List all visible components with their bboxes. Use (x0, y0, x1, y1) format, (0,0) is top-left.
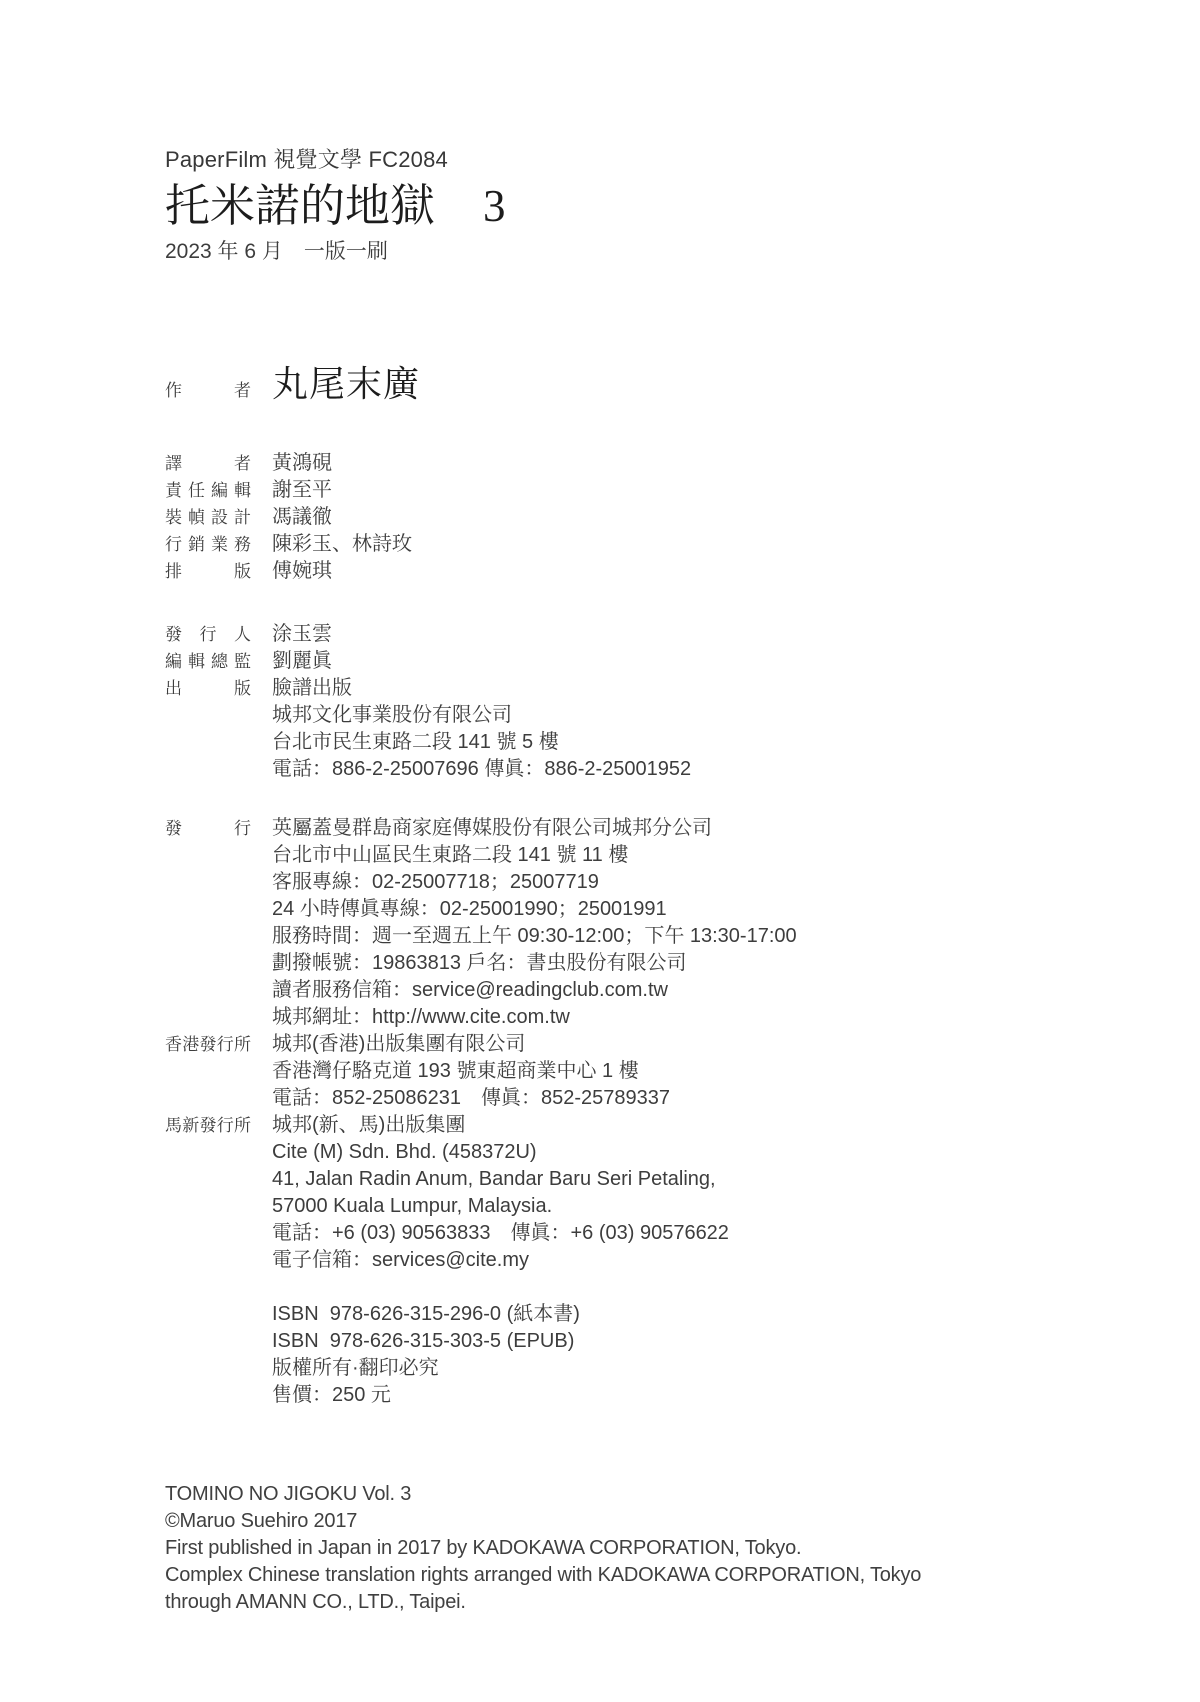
my-branch-phone-line: 電話：+6 (03) 90563833 傳眞：+6 (03) 90576622 (272, 1220, 1140, 1247)
credit-label: 譯者 (165, 450, 251, 477)
publisher-label: 編輯總監 (165, 648, 251, 675)
distributor-label: 發行 (165, 815, 251, 842)
my-branch-row: 馬新發行所 城邦(新、馬)出版集團 (165, 1112, 1140, 1139)
book-title-row: 托米諾的地獄3 (165, 180, 1140, 232)
credit-value: 謝至平 (272, 477, 332, 504)
credit-label: 裝幀設計 (165, 504, 251, 531)
publisher-block: 發行人 涂玉雲 編輯總監 劉麗眞 出版 臉譜出版 城邦文化事業股份有限公司 台北… (165, 621, 1140, 783)
credit-value: 馮議徹 (272, 504, 332, 531)
credit-value: 傅婉琪 (272, 558, 332, 585)
credits-block: 譯者 黃鴻硯 責任編輯 謝至平 裝幀設計 馮議徹 行銷業務 陳彩玉、林詩玫 排版… (165, 450, 1140, 585)
my-branch-block: 馬新發行所 城邦(新、馬)出版集團 Cite (M) Sdn. Bhd. (45… (165, 1112, 1140, 1274)
publisher-address-line: 台北市民生東路二段 141 號 5 樓 (272, 729, 1140, 756)
distributor-postal-line: 劃撥帳號：19863813 戶名：書虫股份有限公司 (272, 950, 1140, 977)
credit-label: 行銷業務 (165, 531, 251, 558)
credit-label: 責任編輯 (165, 477, 251, 504)
hk-branch-block: 香港發行所 城邦(香港)出版集團有限公司 香港灣仔駱克道 193 號東超商業中心… (165, 1031, 1140, 1112)
copyright-footer: TOMINO NO JIGOKU Vol. 3 ©Maruo Suehiro 2… (165, 1481, 1140, 1616)
distributor-address-line: 台北市中山區民生東路二段 141 號 11 樓 (272, 842, 1140, 869)
footer-agent-line: through AMANN CO., LTD., Taipei. (165, 1589, 1140, 1616)
rights-notice-line: 版權所有·翻印必究 (272, 1355, 1140, 1382)
credit-label: 排版 (165, 558, 251, 585)
publisher-company-line: 城邦文化事業股份有限公司 (272, 702, 1140, 729)
distributor-row: 發行 英屬蓋曼群島商家庭傳媒股份有限公司城邦分公司 (165, 815, 1140, 842)
hk-branch-address-line: 香港灣仔駱克道 193 號東超商業中心 1 樓 (272, 1058, 1140, 1085)
credit-row-editor: 責任編輯 謝至平 (165, 477, 1140, 504)
publisher-label: 發行人 (165, 621, 251, 648)
author-label: 作者 (165, 368, 251, 414)
publisher-label: 出版 (165, 675, 251, 702)
series-line: PaperFilm 視覺文學 FC2084 (165, 146, 1140, 173)
credit-row-marketing: 行銷業務 陳彩玉、林詩玫 (165, 531, 1140, 558)
hk-branch-row: 香港發行所 城邦(香港)出版集團有限公司 (165, 1031, 1140, 1058)
footer-rights-line: Complex Chinese translation rights arran… (165, 1562, 1140, 1589)
my-branch-cite-line: Cite (M) Sdn. Bhd. (458372U) (272, 1139, 1140, 1166)
publisher-value: 涂玉雲 (272, 621, 332, 648)
publisher-row: 編輯總監 劉麗眞 (165, 648, 1140, 675)
distributor-website-line: 城邦網址：http://www.cite.com.tw (272, 1004, 1140, 1031)
author-row: 作者 丸尾末廣 (165, 361, 1140, 414)
hk-branch-phone-line: 電話：852-25086231 傳眞：852-25789337 (272, 1085, 1140, 1112)
publisher-row: 發行人 涂玉雲 (165, 621, 1140, 648)
my-branch-email-line: 電子信箱：services@cite.my (272, 1247, 1140, 1274)
distributor-hotline-line: 客服專線：02-25007718；25007719 (272, 869, 1140, 896)
price-line: 售價：250 元 (272, 1382, 1140, 1409)
publisher-value: 臉譜出版 (272, 675, 352, 702)
publisher-row: 出版 臉譜出版 (165, 675, 1140, 702)
my-branch-street-line: 41, Jalan Radin Anum, Bandar Baru Seri P… (272, 1166, 1140, 1193)
distributor-fax-line: 24 小時傳眞專線：02-25001990；25001991 (272, 896, 1140, 923)
distributor-hours-line: 服務時間：週一至週五上午 09:30-12:00；下午 13:30-17:00 (272, 923, 1140, 950)
footer-first-published-line: First published in Japan in 2017 by KADO… (165, 1535, 1140, 1562)
credit-row-layout: 排版 傅婉琪 (165, 558, 1140, 585)
my-branch-city-line: 57000 Kuala Lumpur, Malaysia. (272, 1193, 1140, 1220)
author-name: 丸尾末廣 (272, 361, 420, 407)
footer-title-line: TOMINO NO JIGOKU Vol. 3 (165, 1481, 1140, 1508)
credit-value: 陳彩玉、林詩玫 (272, 531, 412, 558)
credit-value: 黃鴻硯 (272, 450, 332, 477)
edition-line: 2023 年 6 月 一版一刷 (165, 238, 1140, 265)
hk-branch-label: 香港發行所 (165, 1031, 251, 1058)
isbn-block: ISBN 978-626-315-296-0 (紙本書) ISBN 978-62… (165, 1301, 1140, 1409)
hk-branch-company: 城邦(香港)出版集團有限公司 (272, 1031, 525, 1058)
distributor-company: 英屬蓋曼群島商家庭傳媒股份有限公司城邦分公司 (272, 815, 712, 842)
distributor-block: 發行 英屬蓋曼群島商家庭傳媒股份有限公司城邦分公司 台北市中山區民生東路二段 1… (165, 815, 1140, 1031)
my-branch-company: 城邦(新、馬)出版集團 (272, 1112, 465, 1139)
colophon-page: PaperFilm 視覺文學 FC2084 托米諾的地獄3 2023 年 6 月… (0, 0, 1200, 1616)
credit-row-designer: 裝幀設計 馮議徹 (165, 504, 1140, 531)
footer-copyright-line: ©Maruo Suehiro 2017 (165, 1508, 1140, 1535)
publisher-value: 劉麗眞 (272, 648, 332, 675)
credit-row-translator: 譯者 黃鴻硯 (165, 450, 1140, 477)
isbn-print-line: ISBN 978-626-315-296-0 (紙本書) (272, 1301, 1140, 1328)
distributor-email-line: 讀者服務信箱：service@readingclub.com.tw (272, 977, 1140, 1004)
book-title: 托米諾的地獄 (165, 181, 435, 231)
publisher-phone-line: 電話：886-2-25007696 傳眞：886-2-25001952 (272, 756, 1140, 783)
isbn-epub-line: ISBN 978-626-315-303-5 (EPUB) (272, 1328, 1140, 1355)
volume-number: 3 (483, 181, 506, 231)
my-branch-label: 馬新發行所 (165, 1112, 251, 1139)
